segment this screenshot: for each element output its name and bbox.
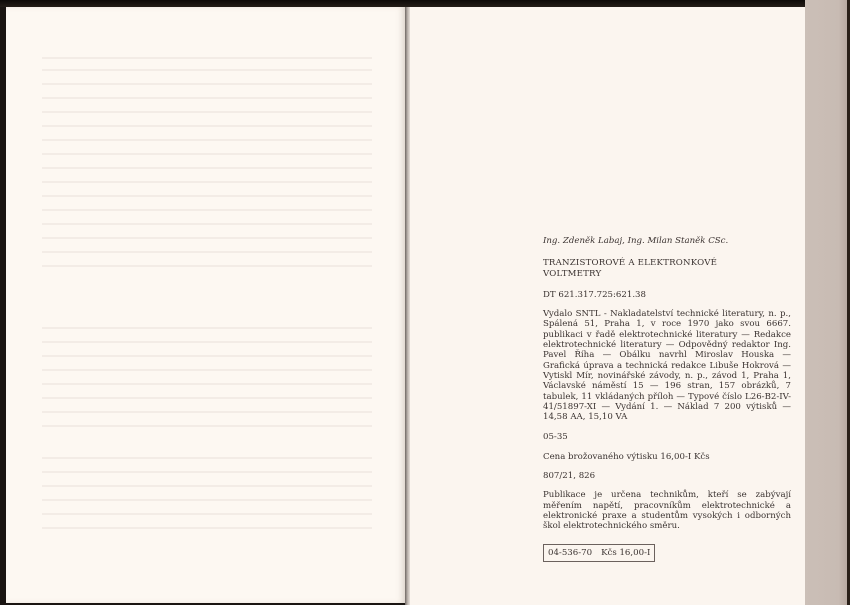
book-title: TRANZISTOROVÉ A ELEKTRONKOVÉ VOLTMETRY [543,258,791,279]
cover-edge [805,0,847,605]
audience-note: Publikace je určena technikům, kteří se … [543,490,791,531]
scan-top-shadow [0,0,850,7]
title-line-2: VOLTMETRY [543,269,791,279]
bleed-through-line [42,383,372,385]
bleed-through-line [42,153,372,155]
imprint-block: Ing. Zdeněk Labaj, Ing. Milan Staněk CSc… [543,236,791,562]
price-box: 04-536-70Kčs 16,00-I [543,544,655,562]
box-code: 04-536-70 [548,548,592,558]
bleed-through-line [42,83,372,85]
bleed-through-line [42,237,372,239]
bleed-through-line [42,57,372,59]
title-line-1: TRANZISTOROVÉ A ELEKTRONKOVÉ [543,258,791,268]
bleed-through-line [42,139,372,141]
bleed-through-line [42,223,372,225]
code-05: 05-35 [543,432,791,442]
price-line: Cena brožovaného výtisku 16,00-I Kčs [543,452,791,462]
left-page [6,7,406,603]
bleed-through-line [42,411,372,413]
number-line: 807/21, 826 [543,471,791,481]
bleed-through-line [42,195,372,197]
bleed-through-line [42,513,372,515]
bleed-through-line [42,181,372,183]
bleed-through-line [42,251,372,253]
box-price: Kčs 16,00-I [601,548,650,558]
bleed-through-line [42,499,372,501]
bleed-through-line [42,265,372,267]
publisher-info: Vydalo SNTL - Nakladatelství technické l… [543,309,791,422]
bleed-through-line [42,425,372,427]
bleed-through-line [42,457,372,459]
bleed-through-line [42,341,372,343]
bleed-through-line [42,485,372,487]
bleed-through-line [42,167,372,169]
bleed-through-line [42,369,372,371]
bleed-through-line [42,69,372,71]
bleed-through-line [42,397,372,399]
bleed-through-line [42,527,372,529]
bleed-through-line [42,209,372,211]
bleed-through-line [42,327,372,329]
bleed-through-line [42,355,372,357]
bleed-through-line [42,471,372,473]
bleed-through-line [42,97,372,99]
authors: Ing. Zdeněk Labaj, Ing. Milan Staněk CSc… [543,236,791,246]
dt-code: DT 621.317.725:621.38 [543,290,791,300]
bleed-through-line [42,111,372,113]
bleed-through-line [42,125,372,127]
